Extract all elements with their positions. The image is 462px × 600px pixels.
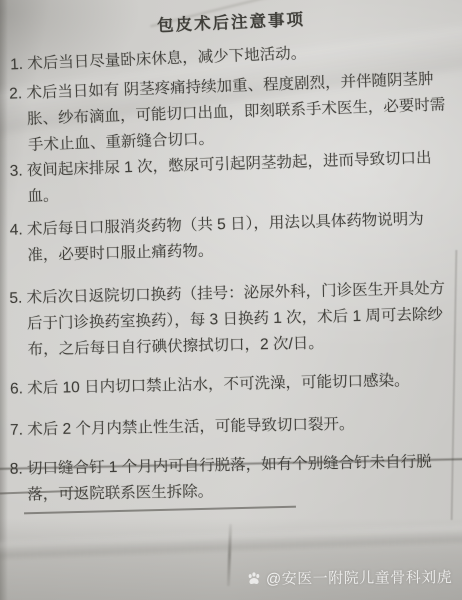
- paw-icon: [246, 570, 262, 586]
- document-body: 包皮术后注意事项 1. 术后当日尽量卧床休息，减少下地活动。 2. 术后当日如有…: [0, 0, 462, 600]
- instruction-item-6: 6. 术后 10 日内切口禁止沾水，不可洗澡，可能切口感染。: [10, 367, 446, 402]
- instruction-item-4: 4. 术后每日口服消炎药物（共 5 日），用法以具体药物说明为准，必要时口服止痛…: [9, 206, 446, 269]
- instruction-item-5: 5. 术后次日返院切口换药（挂号：泌尿外科，门诊医生开具处方后于门诊换药室换药）…: [9, 276, 447, 364]
- watermark-text: @安医一附院儿童骨科刘虎: [266, 566, 452, 589]
- instruction-item-7: 7. 术后 2 个月内禁止性生活，可能导致切口裂开。: [10, 410, 446, 444]
- instruction-item-2: 2. 术后当日如有 阴茎疼痛持续加重、程度剧烈，并伴随阴茎肿胀、纱布滴血，可能切…: [9, 66, 447, 159]
- photo-of-instruction-sheet: 包皮术后注意事项 1. 术后当日尽量卧床休息，减少下地活动。 2. 术后当日如有…: [0, 0, 462, 600]
- watermark: @安医一附院儿童骨科刘虎: [246, 566, 452, 589]
- document-title: 包皮术后注意事项: [0, 0, 462, 43]
- instruction-item-8: 8. 切口缝合钉 1 个月内可自行脱落，如有个别缝合钉未自行脱落，可返院联系医生…: [10, 449, 447, 509]
